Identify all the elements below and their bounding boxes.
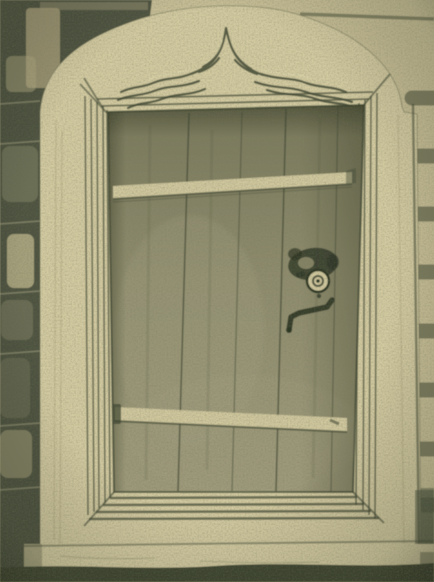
- photo-canvas: Old carved wooden doorway with a keel-ar…: [0, 0, 434, 582]
- photograph-carved-door: Old carved wooden doorway with a keel-ar…: [0, 0, 434, 582]
- grain-light: [0, 0, 434, 582]
